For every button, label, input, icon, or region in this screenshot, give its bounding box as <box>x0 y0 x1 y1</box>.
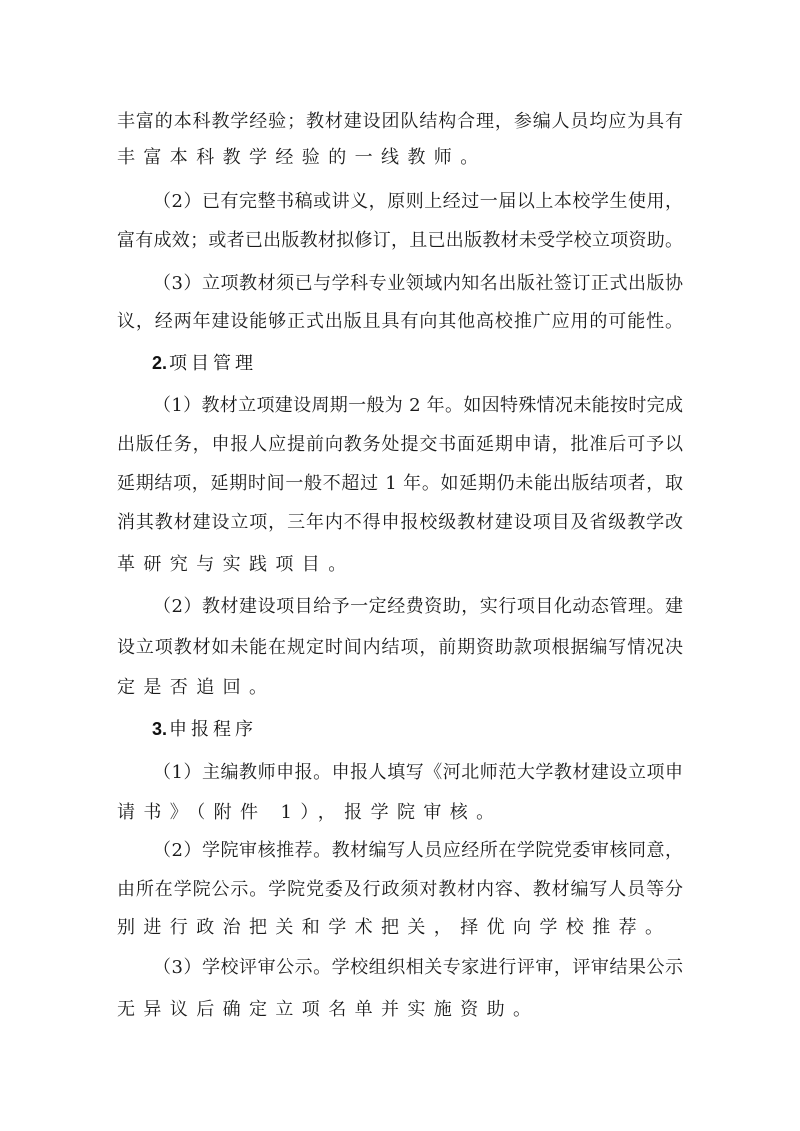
paragraph-line: （1）教材立项建设周期一般为 2 年。如因特殊情况未能按时完成 <box>153 394 683 418</box>
section-heading: 3.申报程序 <box>152 717 257 741</box>
section-heading: 2.项目管理 <box>152 351 257 375</box>
paragraph-line: 设立项教材如未能在规定时间内结项，前期资助款项根据编写情况决 <box>117 636 683 660</box>
paragraph-line: 别进行政治把关和学术把关，择优向学校推荐。 <box>117 916 683 940</box>
paragraph-line: （3）学校评审公示。学校组织相关专家进行评审，评审结果公示 <box>153 956 683 980</box>
section-number: 3. <box>152 719 167 739</box>
paragraph-line: （2）已有完整书稿或讲义，原则上经过一届以上本校学生使用， <box>153 190 683 214</box>
section-title: 申报程序 <box>169 719 257 740</box>
section-number: 2. <box>152 353 167 373</box>
paragraph-line: 出版任务，申报人应提前向教务处提交书面延期申请，批准后可予以 <box>117 433 683 457</box>
section-title: 项目管理 <box>169 353 257 374</box>
paragraph-line: 请书》（附件 1），报学院审核。 <box>117 801 683 825</box>
paragraph-line: 消其教材建设立项，三年内不得申报校级教材建设项目及省级教学改 <box>117 511 683 535</box>
paragraph-line: 议，经两年建设能够正式出版且具有向其他高校推广应用的可能性。 <box>117 310 683 334</box>
paragraph-line: （3）立项教材须已与学科专业领域内知名出版社签订正式出版协 <box>153 272 683 296</box>
paragraph-line: 无异议后确定立项名单并实施资助。 <box>117 998 683 1022</box>
paragraph-line: （2）学院审核推荐。教材编写人员应经所在学院党委审核同意， <box>153 839 683 863</box>
paragraph-line: 丰富的本科教学经验；教材建设团队结构合理，参编人员均应为具有 <box>117 110 683 134</box>
paragraph-line: 由所在学院公示。学院党委及行政须对教材内容、教材编写人员等分 <box>117 878 683 902</box>
paragraph-line: （2）教材建设项目给予一定经费资助，实行项目化动态管理。建 <box>153 595 683 619</box>
document-page: 丰富的本科教学经验；教材建设团队结构合理，参编人员均应为具有 丰富本科教学经验的… <box>0 0 800 1131</box>
paragraph-line: 富有成效；或者已出版教材拟修订，且已出版教材未受学校立项资助。 <box>117 229 683 253</box>
paragraph-line: （1）主编教师申报。申报人填写《河北师范大学教材建设立项申 <box>153 761 683 785</box>
paragraph-line: 定是否追回。 <box>117 676 683 700</box>
paragraph-line: 延期结项，延期时间一般不超过 1 年。如延期仍未能出版结项者，取 <box>117 472 683 496</box>
paragraph-line: 丰富本科教学经验的一线教师。 <box>117 146 683 170</box>
paragraph-line: 革研究与实践项目。 <box>117 553 683 577</box>
